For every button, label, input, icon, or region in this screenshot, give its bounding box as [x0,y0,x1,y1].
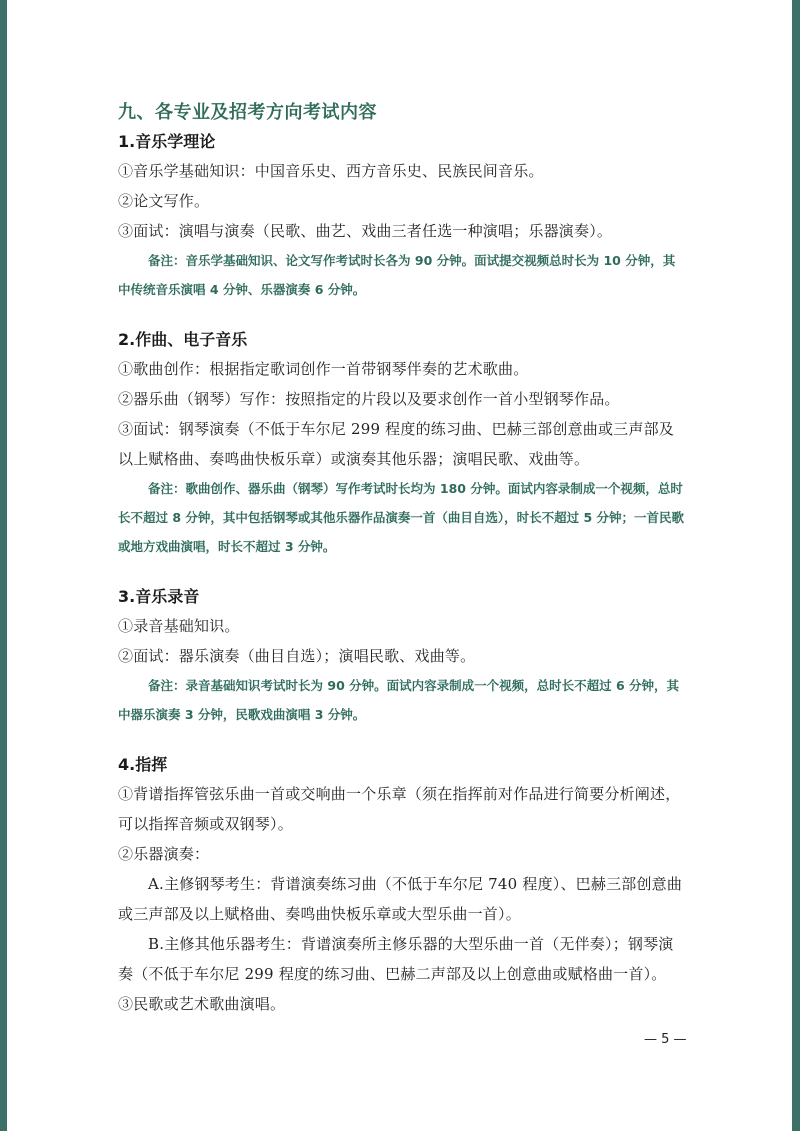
note-label: 备注： [148,678,186,693]
page-number: — 5 — [644,1032,687,1047]
exam-item: ①录音基础知识。 [118,611,686,641]
exam-item: ①背谱指挥管弦乐曲一首或交响曲一个乐章（须在指挥前对作品进行简要分析阐述，可以指… [118,779,686,839]
note-text: 音乐学基础知识、论文写作考试时长各为 90 分钟。面试提交视频总时长为 10 分… [118,253,675,297]
note-label: 备注： [148,481,186,496]
note-label: 备注： [148,253,186,268]
subsection-title: 3.音乐录音 [118,583,686,611]
section-music-theory: 1.音乐学理论 ①音乐学基础知识：中国音乐史、西方音乐史、民族民间音乐。 ②论文… [118,128,686,304]
subsection-title: 2.作曲、电子音乐 [118,326,686,354]
section-composition: 2.作曲、电子音乐 ①歌曲创作：根据指定歌词创作一首带钢琴伴奏的艺术歌曲。 ②器… [118,326,686,561]
page-border-right [792,0,800,1131]
exam-item: ③面试：演唱与演奏（民歌、曲艺、戏曲三者任选一种演唱；乐器演奏）。 [118,216,686,246]
note: 备注：录音基础知识考试时长为 90 分钟。面试内容录制成一个视频，总时长不超过 … [118,671,686,729]
exam-item: ②器乐曲（钢琴）写作：按照指定的片段以及要求创作一首小型钢琴作品。 [118,384,686,414]
document-body: 九、各专业及招考方向考试内容 1.音乐学理论 ①音乐学基础知识：中国音乐史、西方… [118,98,686,1019]
note-text: 录音基础知识考试时长为 90 分钟。面试内容录制成一个视频，总时长不超过 6 分… [118,678,679,722]
section-conducting: 4.指挥 ①背谱指挥管弦乐曲一首或交响曲一个乐章（须在指挥前对作品进行简要分析阐… [118,751,686,1019]
exam-item: ②论文写作。 [118,186,686,216]
section-heading: 九、各专业及招考方向考试内容 [118,98,686,128]
section-music-recording: 3.音乐录音 ①录音基础知识。 ②面试：器乐演奏（曲目自选）；演唱民歌、戏曲等。… [118,583,686,729]
note-text: 歌曲创作、器乐曲（钢琴）写作考试时长均为 180 分钟。面试内容录制成一个视频，… [118,481,684,554]
page-border-left [0,0,7,1131]
exam-sub-item: A.主修钢琴考生：背谱演奏练习曲（不低于车尔尼 740 程度）、巴赫三部创意曲或… [118,869,686,929]
exam-item: ①音乐学基础知识：中国音乐史、西方音乐史、民族民间音乐。 [118,156,686,186]
exam-item: ③面试：钢琴演奏（不低于车尔尼 299 程度的练习曲、巴赫三部创意曲或三声部及以… [118,414,686,474]
subsection-title: 4.指挥 [118,751,686,779]
exam-item: ②面试：器乐演奏（曲目自选）；演唱民歌、戏曲等。 [118,641,686,671]
note: 备注：音乐学基础知识、论文写作考试时长各为 90 分钟。面试提交视频总时长为 1… [118,246,686,304]
note: 备注：歌曲创作、器乐曲（钢琴）写作考试时长均为 180 分钟。面试内容录制成一个… [118,474,686,561]
subsection-title: 1.音乐学理论 [118,128,686,156]
exam-sub-item: B.主修其他乐器考生：背谱演奏所主修乐器的大型乐曲一首（无伴奏）；钢琴演奏（不低… [118,929,686,989]
exam-item: ②乐器演奏： [118,839,686,869]
exam-item: ③民歌或艺术歌曲演唱。 [118,989,686,1019]
exam-item: ①歌曲创作：根据指定歌词创作一首带钢琴伴奏的艺术歌曲。 [118,354,686,384]
